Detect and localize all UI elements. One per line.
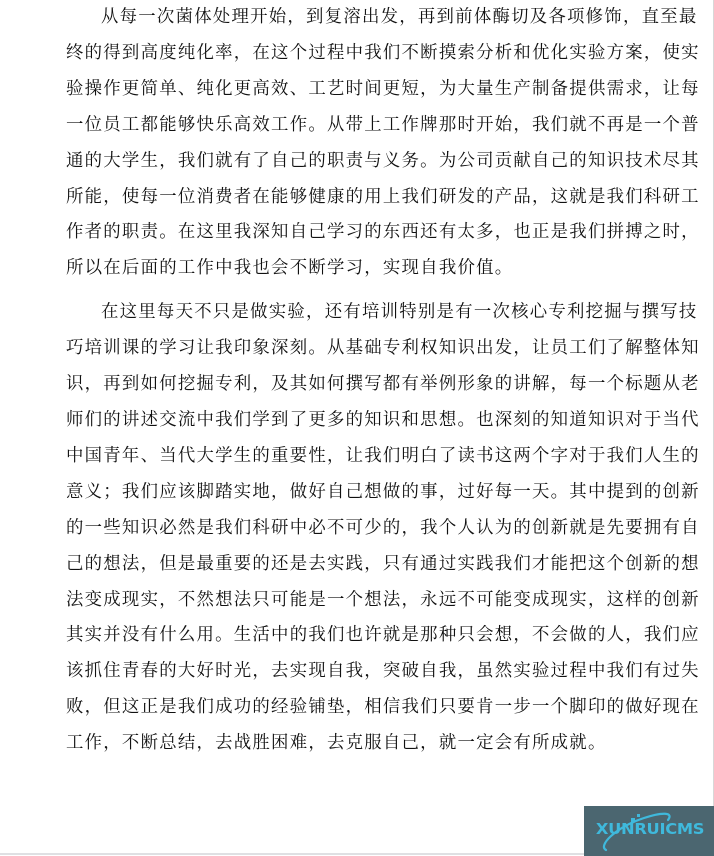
text-line: 识，再到如何挖掘专利，及其如何撰写都有举例形象的讲解，每一个标题从老 — [31, 367, 650, 403]
text-line: 该抓住青春的大好时光，去实现自我，突破自我，虽然实验过程中我们有过失 — [31, 654, 650, 690]
text-line: 作者的职责。在这里我深知自己学习的东西还有太多，也正是我们拼搏之时， — [31, 215, 650, 251]
text-line: 终的得到高度纯化率，在这个过程中我们不断摸索分析和优化实验方案，使实 — [31, 36, 650, 72]
watermark-text: XUNRUICMS — [587, 820, 713, 838]
text-line: 己的想法，但是最重要的还是去实践，只有通过实践我们才能把这个创新的想 — [31, 547, 650, 583]
text-line: 意义；我们应该脚踏实地，做好自己想做的事，过好每一天。其中提到的创新 — [31, 475, 650, 511]
text-line: 所以在后面的工作中我也会不断学习，实现自我价值。 — [31, 251, 650, 287]
text-line: 师们的讲述交流中我们学到了更多的知识和思想。也深刻的知道知识对于当代 — [31, 403, 650, 439]
text-line: 其实并没有什么用。生活中的我们也许就是那种只会想，不会做的人，我们应 — [31, 618, 650, 654]
text-line: 通的大学生，我们就有了自己的职责与义务。为公司贡献自己的知识技术尽其 — [31, 144, 650, 180]
text-line: 中国青年、当代大学生的重要性，让我们明白了读书这两个字对于我们人生的 — [31, 439, 650, 475]
text-line: 的一些知识必然是我们科研中必不可少的，我个人认为的创新就是先要拥有自 — [31, 511, 650, 547]
text-line: 工作，不断总结，去战胜困难，去克服自己，就一定会有所成就。 — [31, 726, 650, 762]
text-line: 验操作更简单、纯化更高效、工艺时间更短，为大量生产制备提供需求，让每 — [31, 72, 650, 108]
document-page: 从每一次菌体处理开始，到复溶出发，再到前体酶切及各项修饰，直至最 终的得到高度纯… — [0, 0, 714, 855]
text-line: 法变成现实，不然想法只可能是一个想法，永远不可能变成现实，这样的创新 — [31, 583, 650, 619]
text-line: 一位员工都能够快乐高效工作。从带上工作牌那时开始，我们就不再是一个普 — [31, 108, 650, 144]
text-line: 在这里每天不只是做实验，还有培训特别是有一次核心专利挖掘与撰写技 — [66, 295, 650, 331]
paragraph-1: 从每一次菌体处理开始，到复溶出发，再到前体酶切及各项修饰，直至最 终的得到高度纯… — [66, 0, 650, 287]
watermark-logo: XUNRUICMS — [584, 806, 714, 856]
document-body: 从每一次菌体处理开始，到复溶出发，再到前体酶切及各项修饰，直至最 终的得到高度纯… — [66, 0, 650, 762]
text-line: 败，但这正是我们成功的经验铺垫，相信我们只要肯一步一个脚印的做好现在 — [31, 690, 650, 726]
text-line: 巧培训课的学习让我印象深刻。从基础专利权知识出发，让员工们了解整体知 — [31, 331, 650, 367]
text-line: 所能，使每一位消费者在能够健康的用上我们研发的产品，这就是我们科研工 — [31, 180, 650, 216]
text-line: 从每一次菌体处理开始，到复溶出发，再到前体酶切及各项修饰，直至最 — [66, 0, 650, 36]
paragraph-2: 在这里每天不只是做实验，还有培训特别是有一次核心专利挖掘与撰写技 巧培训课的学习… — [66, 295, 650, 762]
